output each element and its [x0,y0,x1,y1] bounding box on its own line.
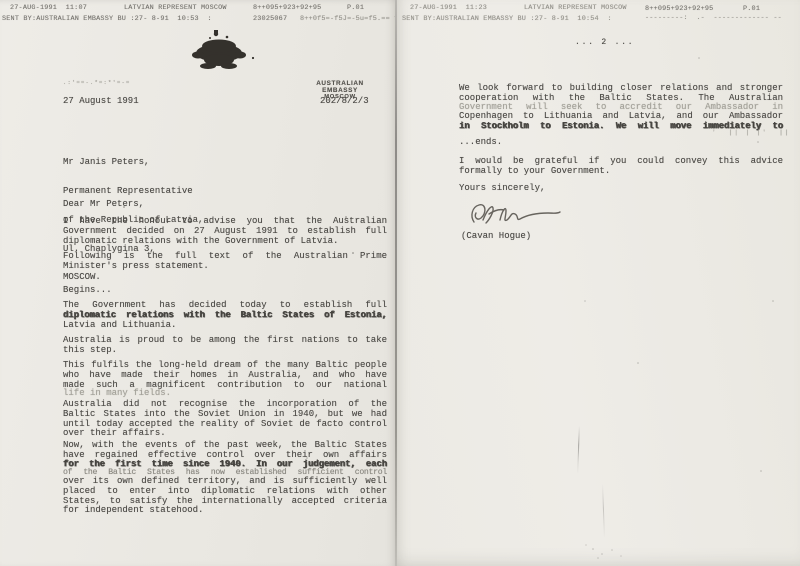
letter-page-2: 27-AUG-1991 11:23 LATVIAN REPRESENT MOSC… [397,0,800,566]
closing: Yours sincerely, [459,184,545,194]
speck [306,457,308,459]
body-paragraph: over its own defined territory, and is s… [63,477,387,516]
body-paragraph: I have the honour to advise you that the… [63,217,387,246]
ends-marker: ...ends. [459,138,502,148]
signature [467,198,563,232]
body-paragraph: Now, with the events of the past week, t… [63,441,387,461]
overstruck-line: diplomatic relations with the Baltic Sta… [63,311,387,321]
speck [698,57,700,59]
fax-number: 8++095+923+92+95 [253,4,321,12]
faded-line: life in many fields. [63,389,387,399]
body-paragraph: We look forward to building closer relat… [459,84,783,104]
fax-garble-line: ---------: .- ------------- -- [645,14,782,22]
illegible-fragment: ' || | |' || [712,128,790,138]
speck [620,555,622,557]
speck [352,252,354,254]
body-line: formally to your Government. [459,167,783,177]
letter-page-1: 27-AUG-1991 11:07 LATVIAN REPRESENT MOSC… [0,0,396,566]
body-line: this step. [63,346,387,356]
address-line: Permanent Representative [63,187,203,197]
speck [345,216,347,218]
body-paragraph: I would be grateful if you could convey … [459,157,783,177]
speck [757,141,759,143]
speck [772,300,774,302]
fax-sent-garble: 8++0f5=-f5J=-5u=f5.== f [300,15,398,23]
body-paragraph: Australia is proud to be among the first… [63,336,387,356]
speck [592,548,594,550]
press-statement-begins: Begins... [63,286,387,296]
body-paragraph: Australia did not recognise the incorpor… [63,400,387,439]
fax-page-code: P.01 [743,5,760,13]
speck [597,557,599,559]
signer-name: (Cavan Hogue) [461,232,531,242]
address-line: MOSCOW. [63,273,203,283]
letter-date: 27 August 1991 [63,97,139,107]
fax-sent-code: 23025067 [253,15,287,23]
body-paragraph: This fulfils the long-held dream of the … [63,361,387,390]
fax-number: 8++095+923+92+95 [645,5,713,13]
speck [123,206,125,208]
body-line: for independent statehood. [63,506,387,516]
body-paragraph: Following is the full text of the Austra… [63,252,387,272]
fax-sent-line: SENT BY:AUSTRALIAN EMBASSY BU :27- 8-91 … [2,15,212,23]
faint-stamp-smudge: .:'==-.*=:*'=-= [63,78,131,88]
body-line: over their affairs. [63,429,387,439]
speck [601,553,603,555]
paper-scratch [602,484,605,538]
body-line: Minister's press statement. [63,262,387,272]
paper-scratch [577,426,580,474]
file-reference: 202/8/2/3 [320,97,369,107]
fax-datetime: 27-AUG-1991 11:07 [10,4,87,12]
speck [611,549,613,551]
fax-datetime: 27-AUG-1991 11:23 [410,4,487,12]
body-line: diplomatic relations with the Government… [63,237,387,247]
fax-station-name: LATVIAN REPRESENT MOSCOW [524,4,627,12]
fax-sent-line: SENT BY:AUSTRALIAN EMBASSY BU :27- 8-91 … [402,15,612,23]
page-number-marker: ... 2 ... [575,38,634,48]
letterhead-embassy-name: AUSTRALIAN EMBASSY [300,80,380,94]
speck [585,544,587,546]
address-line: Mr Janis Peters, [63,158,203,168]
speck [584,300,586,302]
coat-of-arms-icon [183,26,255,80]
speck [637,362,639,364]
fax-station-name: LATVIAN REPRESENT MOSCOW [124,4,227,12]
body-line: Latvia and Lithuania. [63,321,387,331]
body-paragraph: The Government has decided today to esta… [63,301,387,330]
fax-page-code: P.01 [347,4,364,12]
salutation: Dear Mr Peters, [63,200,387,210]
speck [760,470,762,472]
